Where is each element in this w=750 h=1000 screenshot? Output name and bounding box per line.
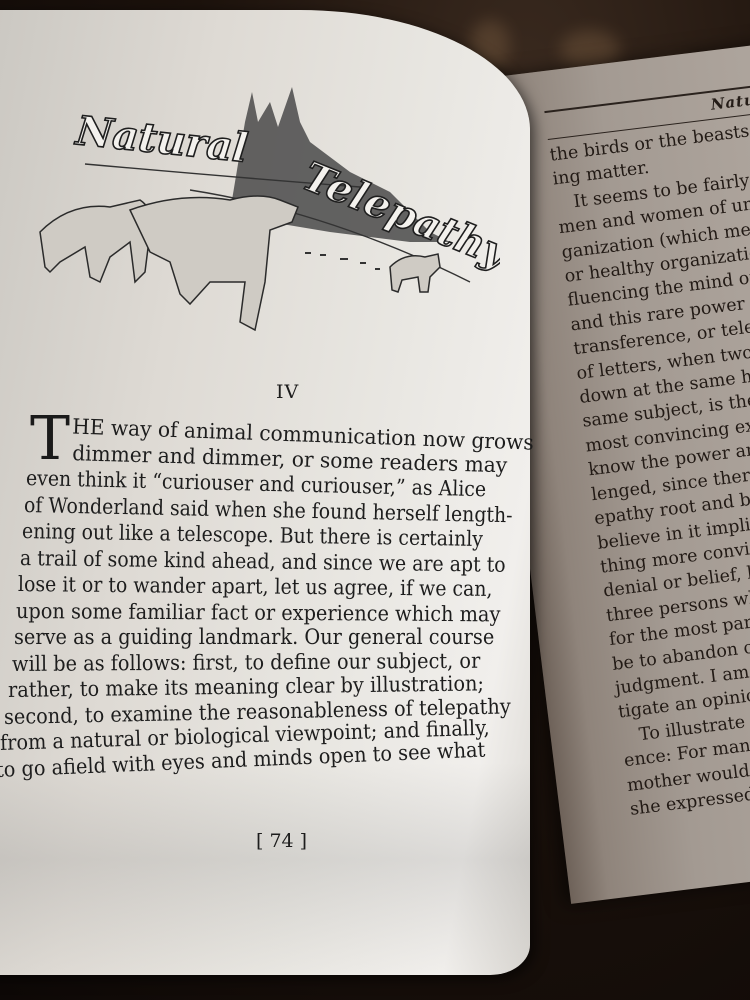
text-line: upon some familiar fact or experience wh… — [16, 598, 461, 628]
title-word-natural: Natural — [72, 107, 250, 172]
chapter-number: IV — [276, 381, 299, 403]
paw-tracks-icon — [305, 252, 380, 270]
page-number: [ 74 ] — [256, 830, 307, 852]
chapter-headpiece-illustration: Natural Telepathy — [30, 82, 500, 337]
wolves-illustration-icon: Natural Telepathy — [30, 82, 500, 337]
chapter-body-text: T HE way of animal communication now gro… — [30, 412, 500, 783]
text-line: lose it or to wander apart, let us agree… — [18, 571, 452, 602]
running-head-title: Natural T — [710, 85, 750, 114]
text-line: serve as a guiding landmark. Our general… — [14, 624, 461, 651]
right-page-text-block: Natural T the birds or the beasts may in… — [544, 79, 750, 822]
